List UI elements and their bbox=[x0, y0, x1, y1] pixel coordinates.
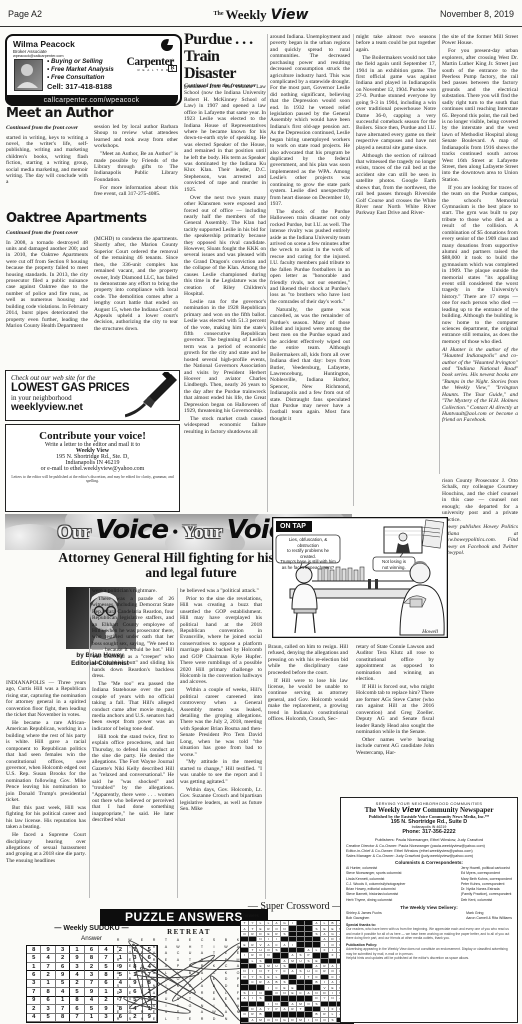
tv-speech-bubble: Not losing isnot winning. bbox=[374, 559, 414, 570]
ad-bullets: • Buying or Selling • Free Market Analys… bbox=[47, 58, 114, 82]
newspaper-page: Page A2 TheWeekly View November 8, 2019 … bbox=[0, 0, 522, 1024]
masthead-paper-title: The Weekly View Community Newspaper bbox=[341, 806, 517, 814]
delivery-list: Shirley & James FuchsBob Gavaghen Mark G… bbox=[341, 911, 517, 922]
banner-voice: Voice bbox=[95, 515, 168, 545]
column-rule bbox=[439, 34, 440, 474]
masthead-role: Creative Director & Co-Owner: Paula Nice… bbox=[341, 844, 517, 848]
gas-line1: Check out our web site for the bbox=[11, 374, 129, 382]
on-tap-editorial-cartoon: ON TAP Lies, obfuscation, & obstructiont… bbox=[272, 517, 448, 638]
article-text: In 2008, a tornado destroyed 48 units an… bbox=[6, 240, 88, 330]
agent-name: Wilma Peacock bbox=[13, 39, 75, 49]
voice-col4: Braun, called on him to resign. Hill ref… bbox=[268, 644, 348, 902]
gas-nozzle-icon bbox=[125, 372, 177, 418]
gas-line3: in your neighborhood bbox=[11, 394, 129, 402]
policy-text: Advertising appearing in the Weekly View… bbox=[341, 947, 517, 956]
crossword-title: — Super Crossword — bbox=[238, 901, 352, 912]
banner-dot: • bbox=[172, 522, 178, 542]
oaktree-title: Oaktree Apartments bbox=[6, 211, 147, 226]
voice-col2: were a politician's nightmare. There was… bbox=[92, 588, 174, 825]
contribute-title: Contribute your voice! bbox=[6, 430, 179, 442]
purdue-col1: graduated from the Indiana Law School (n… bbox=[184, 84, 266, 437]
contribute-box: Contribute your voice! Write a letter to… bbox=[5, 424, 180, 512]
equal-housing-icon: ⌂ bbox=[168, 58, 177, 64]
continued-note: Continued from the front cover bbox=[6, 230, 88, 237]
issue-date: November 8, 2019 bbox=[440, 9, 514, 19]
column-rule bbox=[265, 644, 266, 899]
portrait-silhouette-icon bbox=[15, 60, 40, 88]
article-text: (MCHD) to condemn the apartments. Shortl… bbox=[94, 236, 178, 334]
carpenter-brand-sub: R E A L T O R S bbox=[127, 68, 175, 72]
masthead-box: SERVING YOUR NEIGHBORHOOD COMMUNITIES Th… bbox=[340, 797, 518, 1023]
column-rule bbox=[89, 588, 90, 898]
masthead-role: Editor-in-Chief & Co-Owner: Ethel Winslo… bbox=[341, 849, 517, 853]
agent-phone: Cell: 317-418-8188 bbox=[47, 82, 112, 91]
article-text: started in writing, keys to writing a no… bbox=[6, 135, 88, 186]
masthead-phone: Phone: 317-356-2222 bbox=[341, 829, 517, 835]
continued-note: Continued from the front cover bbox=[6, 125, 88, 132]
purdue-col2: around Indiana. Unemployment and poverty… bbox=[270, 34, 350, 424]
page-header: Page A2 TheWeekly View November 8, 2019 bbox=[0, 0, 522, 27]
gas-url: weeklyview.net bbox=[11, 402, 129, 413]
special-thanks: Our readers, who have been with us from … bbox=[341, 927, 517, 941]
article-text: session led by local author Barbara Shou… bbox=[94, 124, 178, 199]
voice-col1: INDIANAPOLIS — Three years ago, Curtis H… bbox=[6, 680, 86, 866]
crossword-subtitle: Answers bbox=[240, 913, 354, 918]
column-rule bbox=[353, 34, 354, 506]
delivery-header: The Weekly View Delivery: bbox=[341, 905, 517, 910]
masthead-role: Sales Manager & Co-Owner: Judy Crawford … bbox=[341, 854, 517, 858]
cartoon-speech-bubble: Lies, obfuscation, & obstructionto recti… bbox=[279, 537, 337, 570]
voice-col5: retary of State Connie Lawson and Audito… bbox=[356, 644, 434, 792]
columnists-list: Al Hunter, columnistSteve Nicewanger, sp… bbox=[341, 866, 517, 903]
banner-our: Our bbox=[57, 522, 91, 543]
purdue-col4: the site of the former Mill Street Power… bbox=[442, 34, 518, 425]
column-rule bbox=[267, 34, 268, 512]
contribute-email: or e-mail to ethel.weeklyview@yahoo.com bbox=[6, 466, 179, 472]
policy-text: Helpful hints and updates will be publis… bbox=[341, 956, 517, 961]
howey-bio: Howey publishes Howey Politics Indiana a… bbox=[442, 524, 518, 556]
purdue-col3: might take almost two seasons before a t… bbox=[356, 34, 436, 218]
voice-col6: rison County Prosecutor J. Otto Schalk, … bbox=[442, 478, 518, 793]
crossword-grid: TYLLAGIALBAATERONSEEMORDERSSAGANIIADOSER… bbox=[240, 920, 354, 1024]
masthead-publishers: Publishers: Paula Nicewanger, Ethel Wins… bbox=[341, 837, 517, 842]
banner-your: Your bbox=[182, 522, 222, 543]
meet-author-title: Meet an Author bbox=[6, 106, 113, 121]
agent-photo bbox=[14, 59, 43, 91]
author-bio: Al Hunter is the author of the "Haunted … bbox=[442, 347, 518, 424]
housing-icons: ⌂ R bbox=[168, 58, 177, 72]
cartoonist-signature: Howell bbox=[422, 629, 438, 635]
gas-line2: LOWEST GAS PRICES bbox=[11, 382, 129, 394]
ad-url-bar: callcarpenter.com/wpeacock bbox=[5, 95, 178, 106]
column-rule bbox=[177, 588, 178, 898]
cartoon-label: ON TAP bbox=[280, 523, 306, 530]
gas-prices-promo: Check out our web site for the LOWEST GA… bbox=[5, 370, 180, 421]
carpenter-logo-icon bbox=[161, 39, 174, 51]
realtor-icon: R bbox=[168, 65, 177, 72]
voice-col3: he believed was a "political attack." Pr… bbox=[180, 588, 262, 814]
carpenter-realtor-ad: Wilma Peacock Broker Associate wpeacock@… bbox=[5, 34, 182, 106]
carpenter-brand: Carpenter bbox=[127, 56, 175, 68]
contribute-fine-print: Letters to the editor will be published … bbox=[6, 475, 179, 483]
columnists-header: Columnists & Correspondents: bbox=[341, 860, 517, 865]
